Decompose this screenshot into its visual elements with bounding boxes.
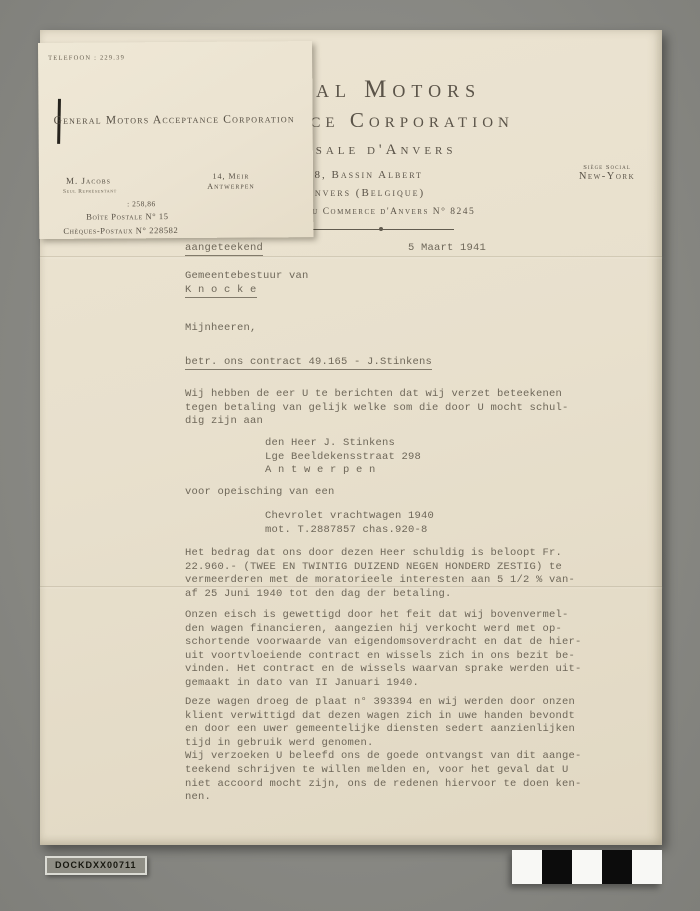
addressee-block: den Heer J. Stinkens Lge Beeldekensstraa… — [265, 437, 421, 478]
slip-agent-title: Seul Représentant — [63, 188, 117, 194]
head-office-label: Siège Social — [552, 164, 662, 171]
calibration-square — [542, 850, 572, 884]
scanned-document-photo: General Motors Acceptance Corporation Su… — [0, 0, 700, 911]
subject-line: betr. ons contract 49.165 - J.Stinkens — [185, 356, 432, 370]
salutation: Mijnheeren, — [185, 322, 257, 336]
paragraph-2: voor opeisching van een — [185, 486, 335, 500]
paper-crease — [40, 256, 662, 257]
calibration-strip — [512, 850, 662, 884]
paragraph-3: Het bedrag dat ons door dezen Heer schul… — [185, 547, 575, 601]
slip-postal-cheques: Chèques-Postaux N° 228582 — [63, 225, 178, 236]
slip-company-name: General Motors Acceptance Corporation — [54, 113, 304, 127]
registered-mark-text: aangeteekend — [185, 242, 263, 256]
slip-address: 14, Meir Antwerpen — [191, 171, 271, 192]
calibration-square — [602, 850, 632, 884]
letterhead-divider-rule — [308, 229, 454, 230]
letterhead-head-office: Siège Social New-York — [552, 164, 662, 182]
recipient-line1: Gemeentebestuur van — [185, 270, 309, 284]
slip-agent-name: M. Jacobs — [66, 175, 111, 185]
recipient-city-text: K n o c k e — [185, 284, 257, 298]
paragraph-1: Wij hebben de eer U te berichten dat wij… — [185, 388, 569, 429]
paragraph-4: Onzen eisch is gewettigd door het feit d… — [185, 609, 582, 691]
slip-po-box: Boîte Postale N° 15 — [86, 211, 168, 222]
overlay-slip: TELEFOON : 229.39 General Motors Accepta… — [38, 41, 313, 239]
paragraph-5: Deze wagen droeg de plaat n° 393394 en w… — [185, 696, 582, 805]
calibration-square — [632, 850, 662, 884]
subject-text: betr. ons contract 49.165 - J.Stinkens — [185, 356, 432, 370]
slip-telephone: TELEFOON : 229.39 — [48, 54, 125, 62]
calibration-square — [512, 850, 542, 884]
head-office-city: New-York — [552, 171, 662, 182]
archive-id-label: DOCKDXX00711 — [45, 856, 147, 875]
vehicle-block: Chevrolet vrachtwagen 1940 mot. T.288785… — [265, 510, 434, 537]
registered-mark: aangeteekend — [185, 242, 263, 256]
recipient-line2: K n o c k e — [185, 284, 257, 298]
slip-phone2: : 258,86 — [127, 199, 156, 208]
calibration-square — [572, 850, 602, 884]
letter-date: 5 Maart 1941 — [408, 242, 486, 256]
